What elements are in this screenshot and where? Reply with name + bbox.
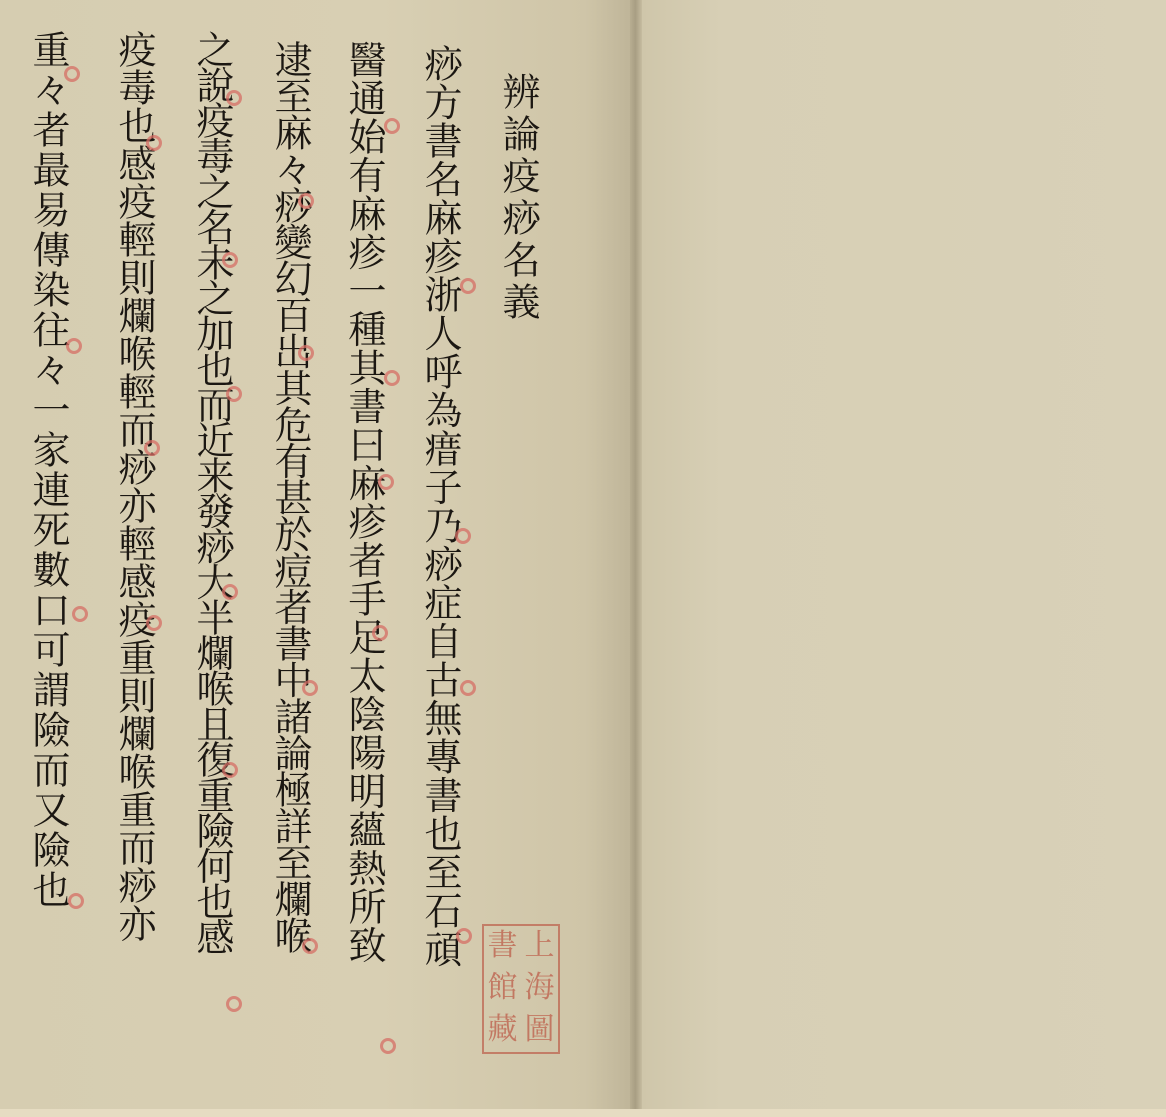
punctuation-circle-icon bbox=[384, 118, 400, 134]
punctuation-circle-icon bbox=[66, 338, 82, 354]
punctuation-circle-icon bbox=[68, 893, 84, 909]
text-column-1: 痧方書名麻疹浙人呼為瘄子乃痧症自古無專書也至石頑 bbox=[412, 44, 468, 968]
text-column-3: 逮至麻々痧變幻百出其危有甚於痘者書中諸論極詳至爛喉 bbox=[262, 40, 318, 953]
punctuation-circle-icon bbox=[378, 474, 394, 490]
punctuation-circle-icon bbox=[302, 680, 318, 696]
punctuation-circle-icon bbox=[298, 345, 314, 361]
punctuation-circle-icon bbox=[222, 252, 238, 268]
column-text: 醫通始有麻疹一種其書曰麻疹者手足太陰陽明蘊熱所致 bbox=[336, 40, 392, 964]
punctuation-circle-icon bbox=[222, 762, 238, 778]
seal-char: 藏 bbox=[484, 1010, 521, 1052]
seal-char: 書 bbox=[484, 926, 521, 968]
library-seal: 上 海 圖 書 館 藏 bbox=[482, 924, 560, 1054]
column-text: 之說疫毒之名未之加也而近来發痧大半爛喉且復重險何也感 bbox=[184, 30, 240, 953]
column-text: 疫毒也感疫輕則爛喉輕而痧亦輕感疫重則爛喉重而痧亦 bbox=[106, 30, 162, 942]
text-column-2: 醫通始有麻疹一種其書曰麻疹者手足太陰陽明蘊熱所致 bbox=[336, 40, 392, 964]
book-gutter bbox=[630, 0, 642, 1109]
punctuation-circle-icon bbox=[144, 440, 160, 456]
text-column-4: 之說疫毒之名未之加也而近来發痧大半爛喉且復重險何也感 bbox=[184, 30, 240, 953]
punctuation-circle-icon bbox=[302, 938, 318, 954]
punctuation-circle-icon bbox=[372, 625, 388, 641]
punctuation-circle-icon bbox=[455, 528, 471, 544]
punctuation-circle-icon bbox=[298, 193, 314, 209]
bottom-edge bbox=[0, 1109, 1166, 1117]
punctuation-circle-icon bbox=[380, 1038, 396, 1054]
punctuation-circle-icon bbox=[226, 386, 242, 402]
punctuation-circle-icon bbox=[72, 606, 88, 622]
text-column-6: 重々者最易傳染往々一家連死數口可謂險而又險也 bbox=[20, 30, 76, 910]
seal-char: 館 bbox=[484, 968, 521, 1010]
punctuation-circle-icon bbox=[226, 996, 242, 1012]
right-page-blank bbox=[642, 0, 1166, 1109]
punctuation-circle-icon bbox=[146, 615, 162, 631]
column-text: 重々者最易傳染往々一家連死數口可謂險而又險也 bbox=[20, 30, 76, 910]
punctuation-circle-icon bbox=[456, 928, 472, 944]
column-text: 逮至麻々痧變幻百出其危有甚於痘者書中諸論極詳至爛喉 bbox=[262, 40, 318, 953]
text-column-5: 疫毒也感疫輕則爛喉輕而痧亦輕感疫重則爛喉重而痧亦 bbox=[106, 30, 162, 942]
seal-char: 上 bbox=[521, 926, 558, 968]
punctuation-circle-icon bbox=[384, 370, 400, 386]
punctuation-circle-icon bbox=[226, 90, 242, 106]
punctuation-circle-icon bbox=[64, 66, 80, 82]
punctuation-circle-icon bbox=[146, 135, 162, 151]
seal-char: 圖 bbox=[521, 1010, 558, 1052]
left-page: 辨論疫痧名義 痧方書名麻疹浙人呼為瘄子乃痧症自古無專書也至石頑 醫通始有麻疹一種… bbox=[0, 0, 636, 1109]
book-spread: 辨論疫痧名義 痧方書名麻疹浙人呼為瘄子乃痧症自古無專書也至石頑 醫通始有麻疹一種… bbox=[0, 0, 1166, 1109]
punctuation-circle-icon bbox=[222, 584, 238, 600]
page-title: 辨論疫痧名義 bbox=[490, 72, 546, 324]
title-column: 辨論疫痧名義 bbox=[490, 72, 546, 324]
punctuation-circle-icon bbox=[460, 680, 476, 696]
column-text: 痧方書名麻疹浙人呼為瘄子乃痧症自古無專書也至石頑 bbox=[412, 44, 468, 968]
seal-char: 海 bbox=[521, 968, 558, 1010]
punctuation-circle-icon bbox=[460, 278, 476, 294]
